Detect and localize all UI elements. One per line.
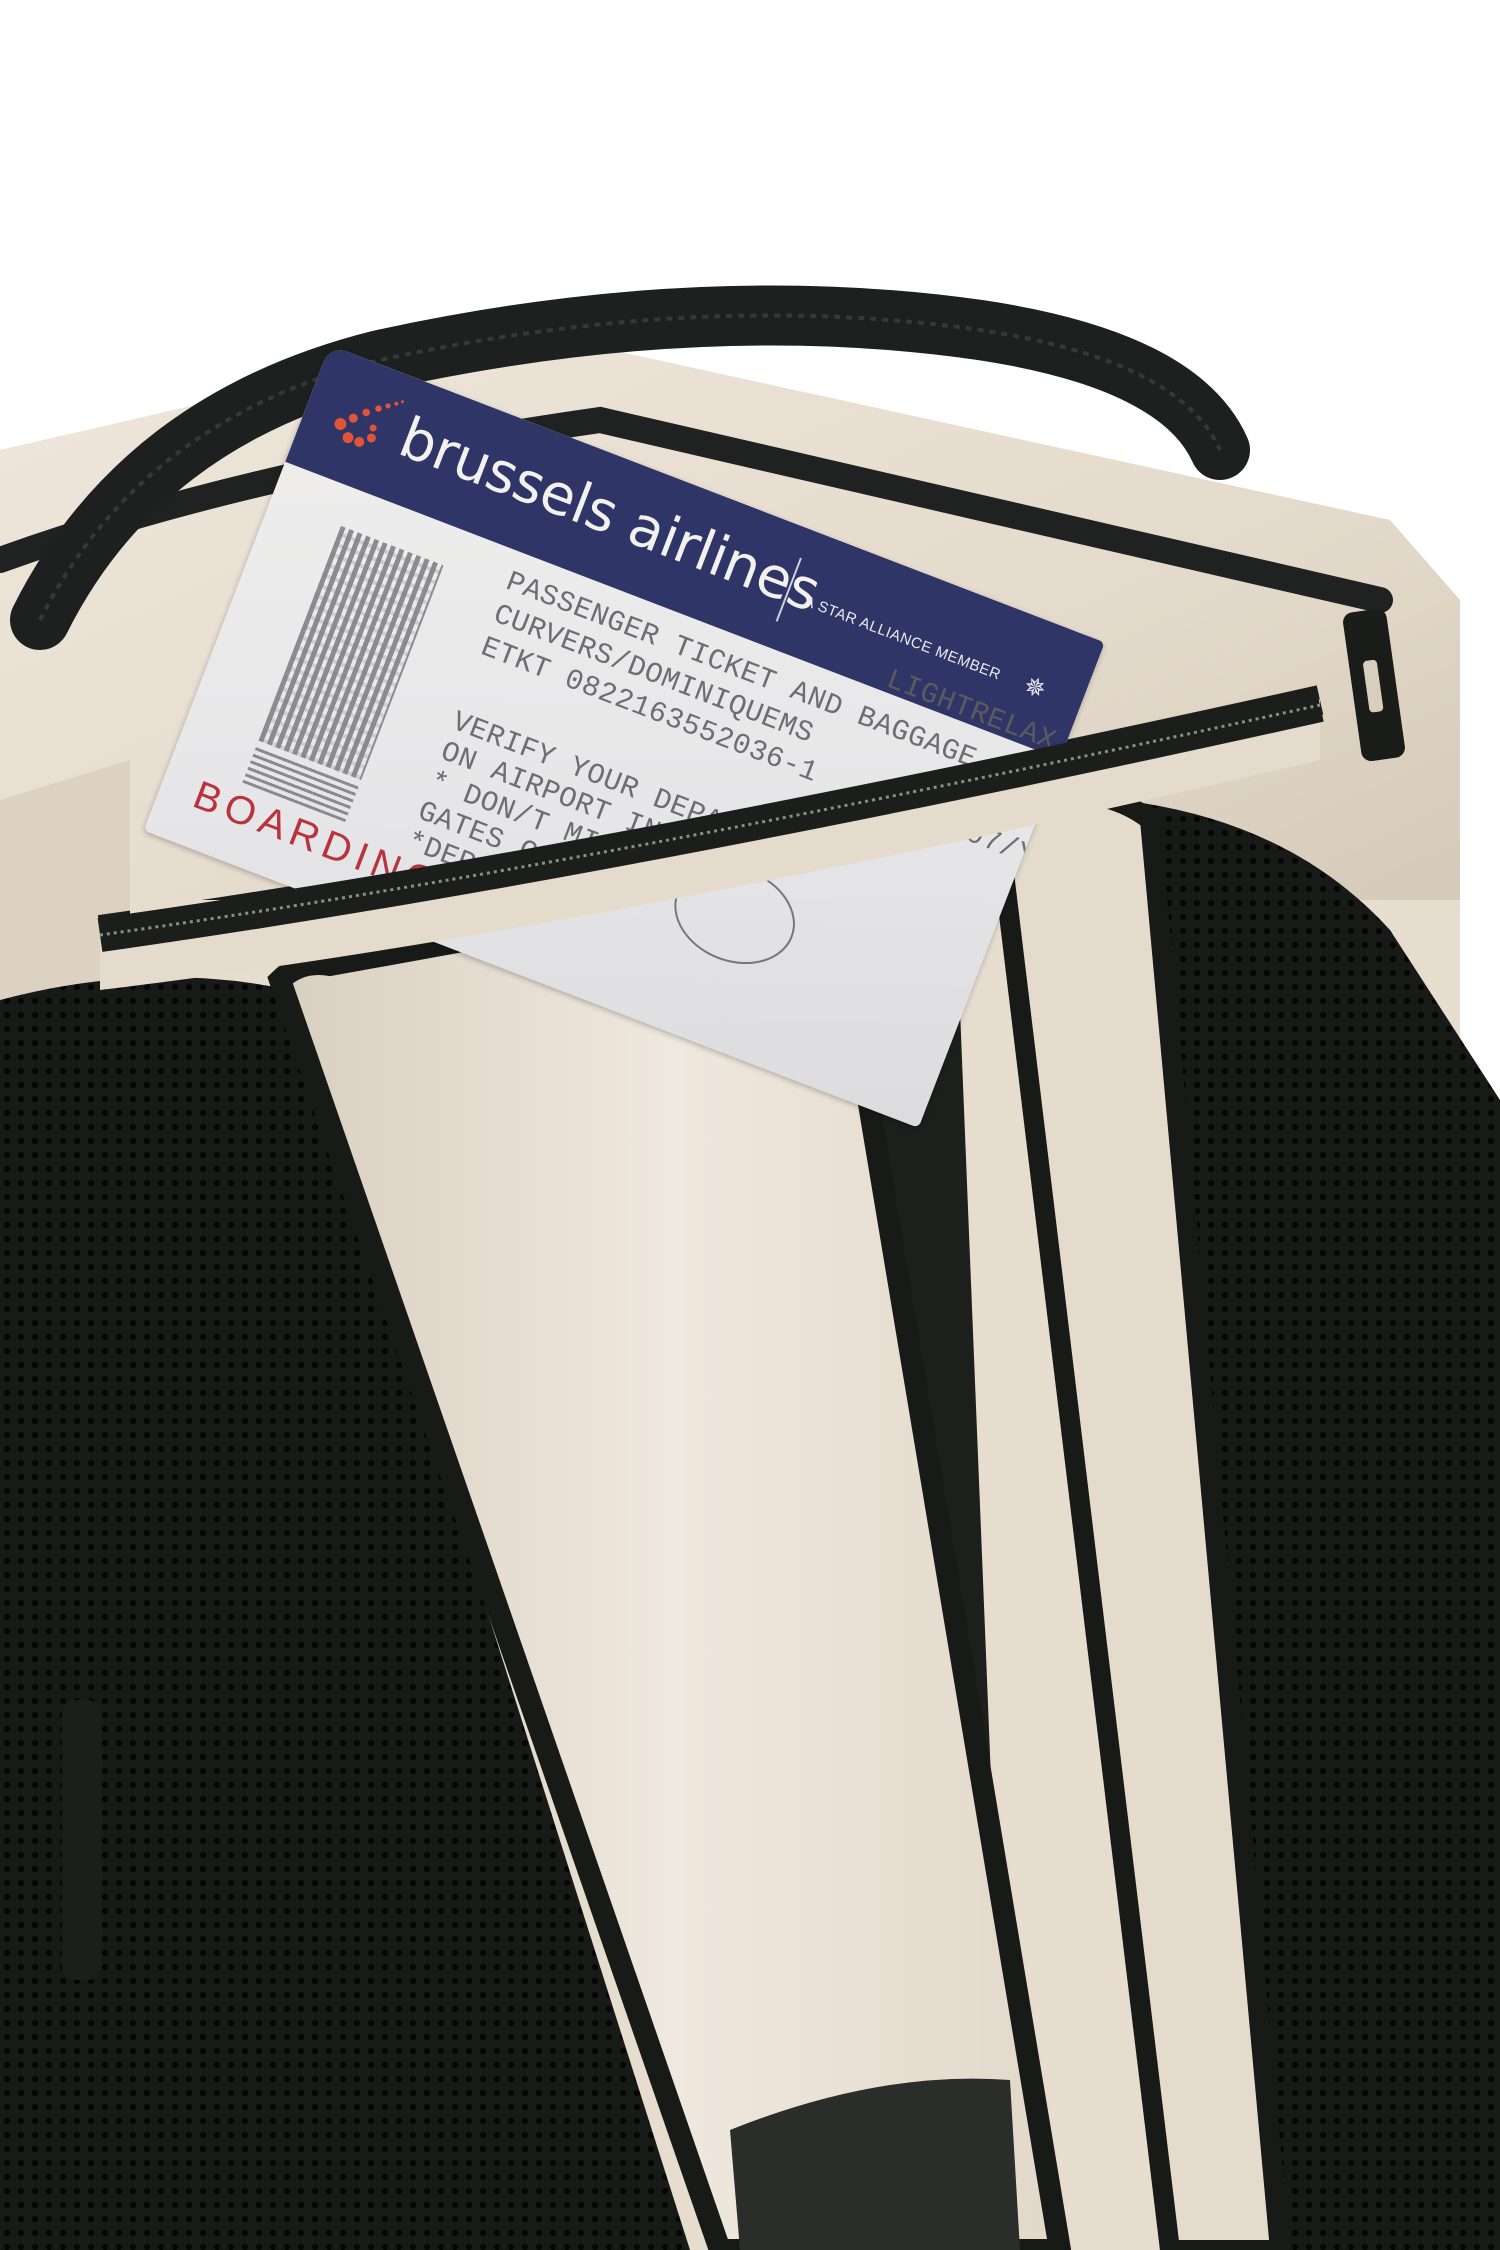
side-tab <box>62 1700 102 1980</box>
barcode <box>258 526 443 780</box>
star-alliance-icon: ✵ <box>1019 669 1050 706</box>
backpack-photo <box>0 0 1500 2250</box>
